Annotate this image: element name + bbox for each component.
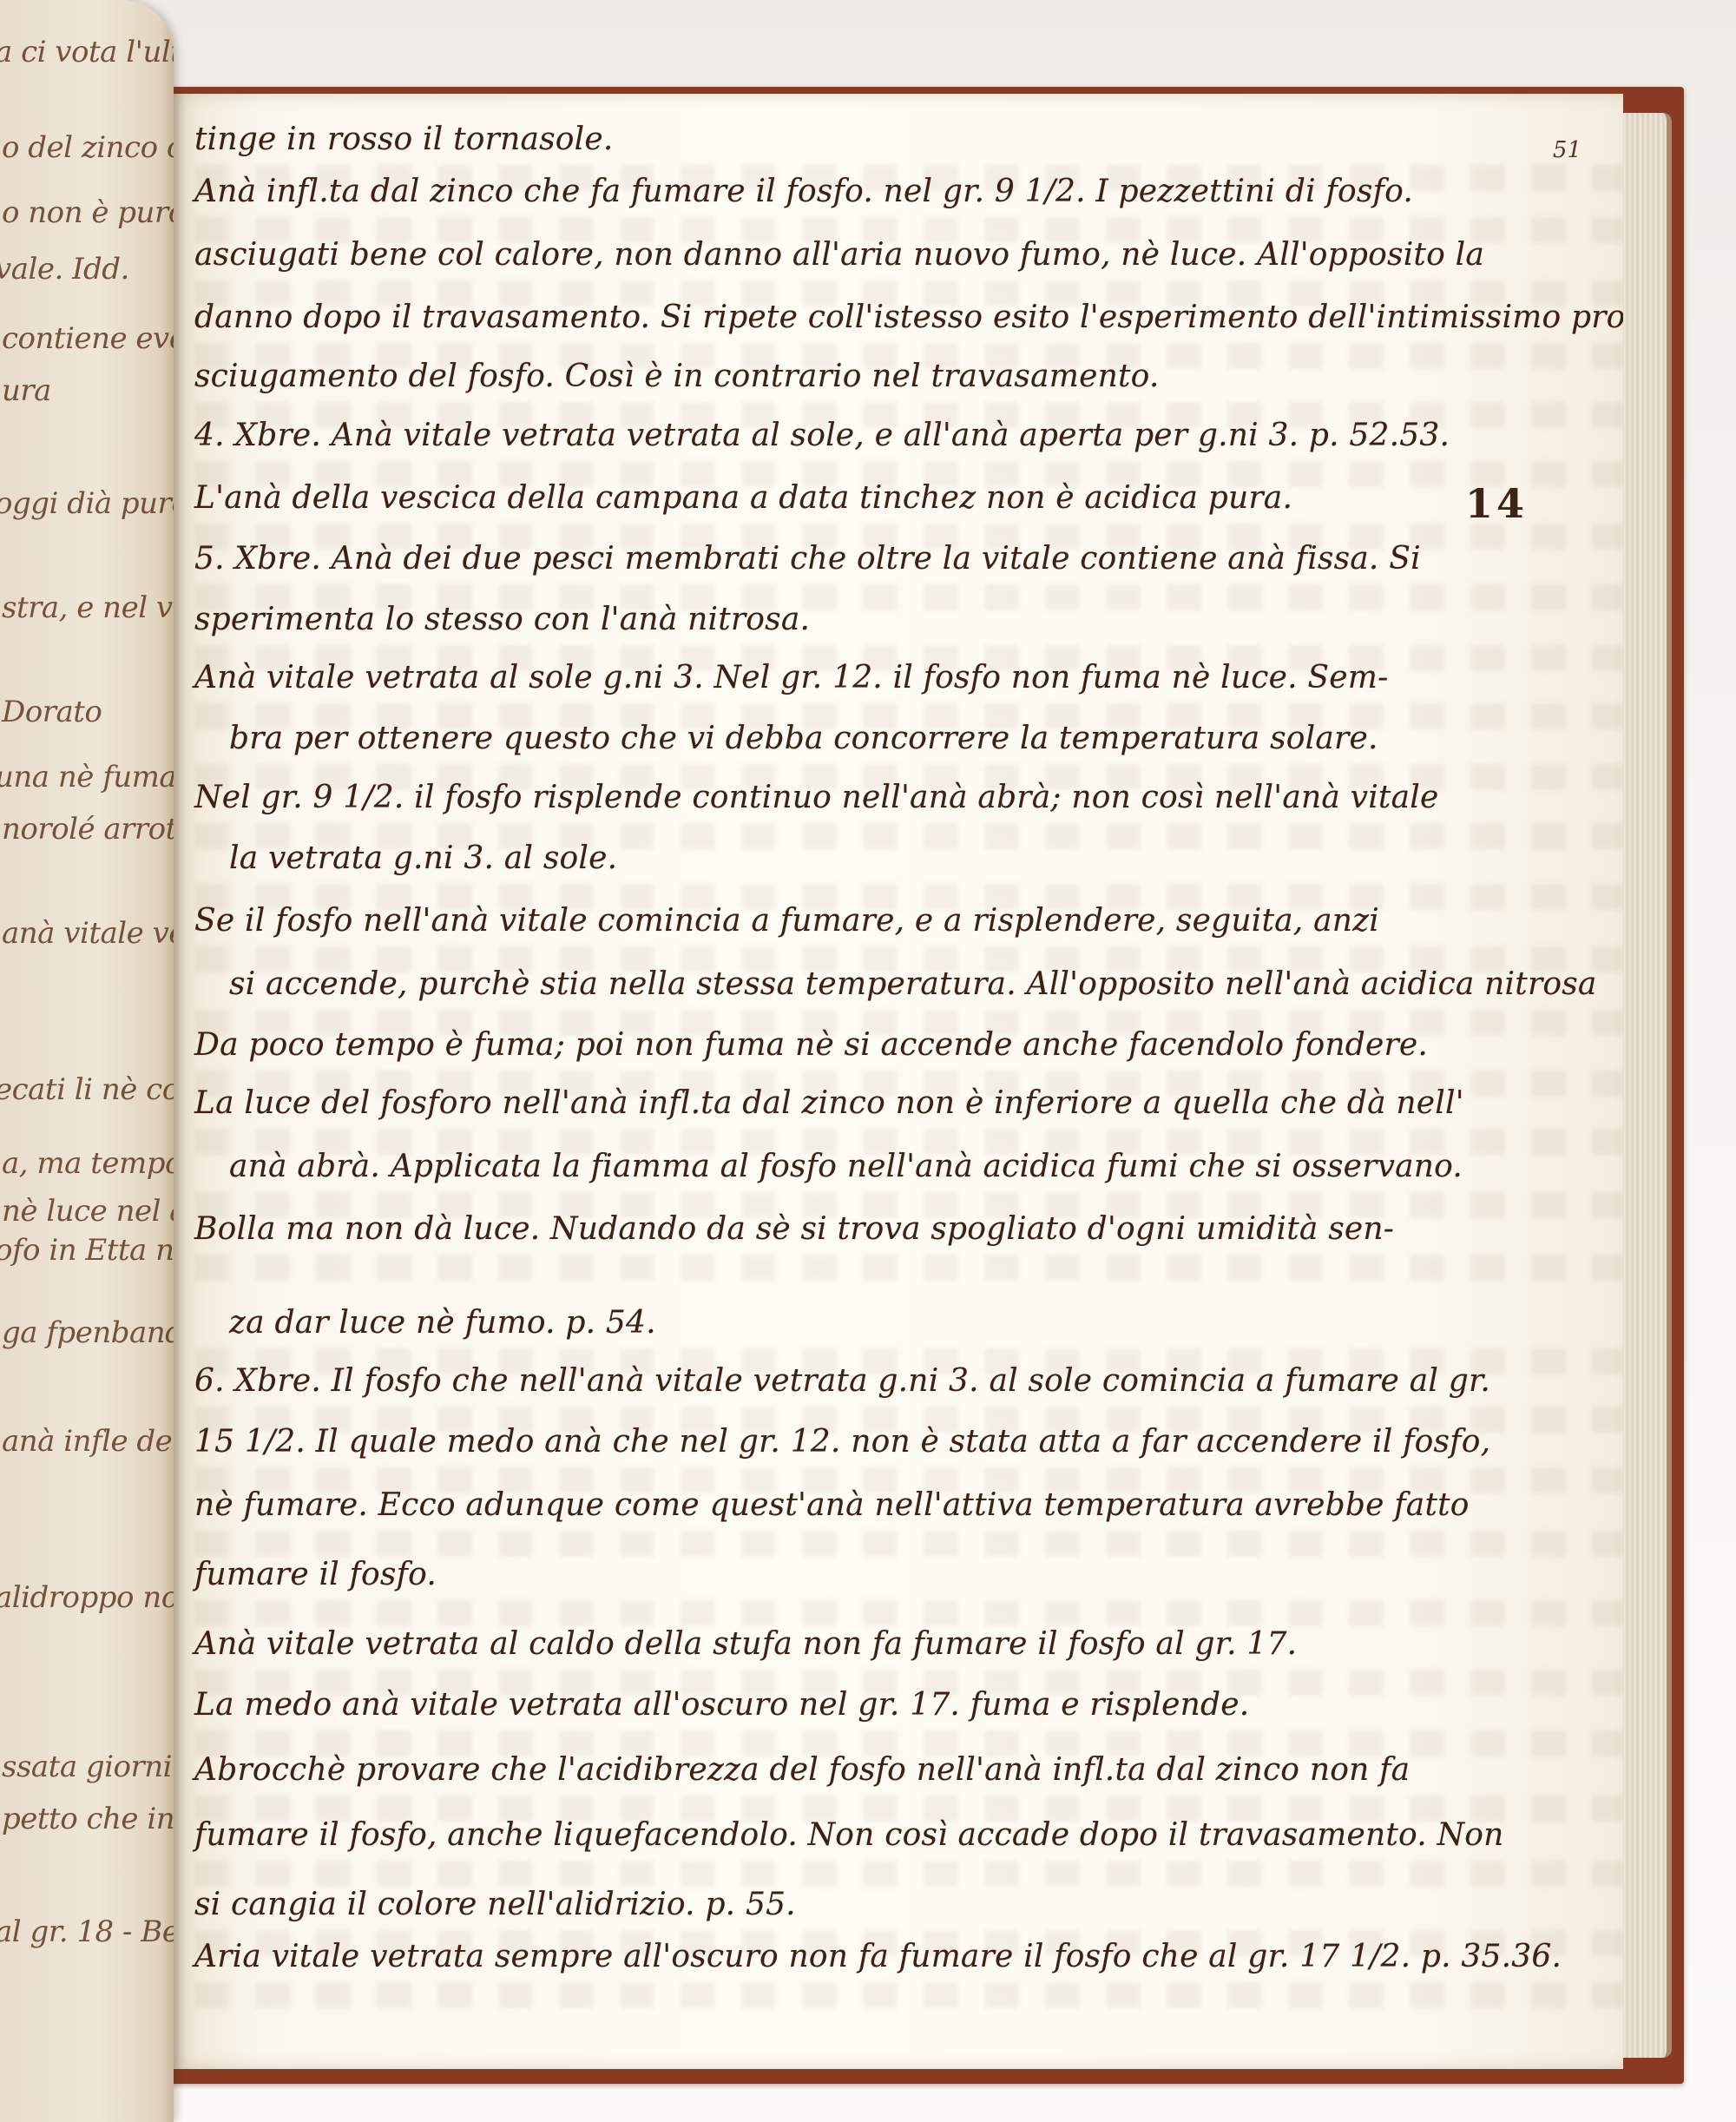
handwritten-line: Nel gr. 9 1/2. il fosfo risplende contin…	[194, 780, 1438, 815]
handwritten-line: 15 1/2. Il quale medo anà che nel gr. 12…	[194, 1424, 1490, 1460]
handwritten-line: 6. Xbre. Il fosfo che nell'anà vitale ve…	[194, 1363, 1490, 1399]
left-page-fragment: ura	[2, 373, 51, 408]
handwritten-line: fumare il fosfo, anche liquefacendolo. N…	[194, 1817, 1504, 1853]
handwritten-line: si cangia il colore nell'alidrizio. p. 5…	[194, 1887, 796, 1922]
handwritten-line: 4. Xbre. Anà vitale vetrata vetrata al s…	[194, 418, 1450, 453]
handwritten-line: Anà infl.ta dal zinco che fa fumare il f…	[194, 174, 1413, 209]
left-page-fragment: una nè fumando	[0, 760, 174, 794]
handwritten-line: danno dopo il travasamento. Si ripete co…	[194, 300, 1623, 335]
handwritten-line: tinge in rosso il tornasole.	[194, 122, 614, 157]
left-page-fragment: al gr. 18 - Berg	[0, 1914, 174, 1949]
handwritten-line: Da poco tempo è fuma; poi non fuma nè si…	[194, 1027, 1428, 1063]
left-page-fragment: ecati li nè col	[0, 1072, 174, 1107]
left-facing-page: a ci vota l'ultro del zinco con lo non è…	[0, 0, 174, 2122]
handwritten-line: Se il fosfo nell'anà vitale comincia a f…	[194, 903, 1379, 939]
left-page-fragment: anà infle del	[2, 1424, 174, 1459]
left-page-fragment: stra, e nel vetro	[2, 590, 174, 625]
left-page-fragment: norolé arrotata	[2, 812, 174, 847]
left-page-fragment: contiene ever	[2, 321, 174, 356]
handwritten-line: bra per ottenere questo che vi debba con…	[229, 721, 1378, 756]
ink-bleed-through	[194, 1255, 1623, 1281]
left-page-fragment: anà vitale vec	[2, 916, 174, 951]
handwritten-line: fumare il fosfo.	[194, 1557, 437, 1592]
left-page-fragment: ssata giorni co	[2, 1750, 174, 1784]
handwritten-line: za dar luce nè fumo. p. 54.	[229, 1305, 656, 1341]
margin-mark: 14	[1465, 480, 1528, 527]
right-page: 51 14 tinge in rosso il tornasole.Anà in…	[174, 94, 1623, 2069]
ink-bleed-through	[194, 1861, 1623, 1887]
handwritten-line: Anà vitale vetrata al caldo della stufa …	[194, 1626, 1297, 1662]
handwritten-line: asciugati bene col calore, non danno all…	[194, 237, 1484, 273]
handwritten-line: 5. Xbre. Anà dei due pesci membrati che …	[194, 541, 1421, 577]
handwritten-line: nè fumare. Ecco adunque come quest'anà n…	[194, 1487, 1470, 1523]
handwritten-line: Anà vitale vetrata al sole g.ni 3. Nel g…	[194, 660, 1388, 695]
left-page-fragment: Dorato	[2, 695, 102, 729]
ink-bleed-through	[194, 1600, 1623, 1626]
ink-bleed-through	[194, 1982, 1623, 2008]
left-page-fragment: ga fpenbandendo	[2, 1315, 174, 1350]
left-page-fragment: alidroppo non ar	[0, 1580, 174, 1615]
left-page-fragment: petto che in un tal	[2, 1802, 174, 1836]
ink-bleed-through	[194, 1531, 1623, 1557]
handwritten-line: L'anà della vescica della campana a data…	[194, 480, 1292, 516]
handwritten-line: Aria vitale vetrata sempre all'oscuro no…	[194, 1939, 1562, 1974]
left-page-fragment: oggi dià puro	[0, 486, 174, 521]
handwritten-line: sciugamento del fosfo. Così è in contrar…	[194, 359, 1160, 394]
handwritten-line: la vetrata g.ni 3. al sole.	[229, 840, 617, 876]
left-page-fragment: o non è puro. g.	[2, 195, 174, 230]
handwritten-line: Bolla ma non dà luce. Nudando da sè si t…	[194, 1211, 1394, 1247]
left-page-fragment: a ci vota l'ultr	[0, 35, 174, 69]
handwritten-line: La medo anà vitale vetrata all'oscuro ne…	[194, 1687, 1249, 1723]
handwritten-line: Abrocchè provare che l'acidibrezza del f…	[194, 1752, 1410, 1788]
page-number: 51	[1553, 137, 1581, 163]
handwritten-line: si accende, purchè stia nella stessa tem…	[229, 966, 1597, 1002]
handwritten-line: anà abrà. Applicata la fiamma al fosfo n…	[229, 1149, 1463, 1184]
left-page-fragment: ofo in Etta non	[0, 1233, 174, 1268]
handwritten-line: sperimenta lo stesso con l'anà nitrosa.	[194, 602, 810, 637]
left-page-fragment: nè luce nel ar	[2, 1194, 174, 1229]
left-page-fragment: a, ma tempo nel	[2, 1146, 174, 1181]
left-page-fragment: o del zinco con l	[2, 130, 174, 165]
left-page-fragment: vale. Idd.	[0, 252, 129, 287]
handwritten-line: La luce del fosforo nell'anà infl.ta dal…	[194, 1085, 1464, 1121]
